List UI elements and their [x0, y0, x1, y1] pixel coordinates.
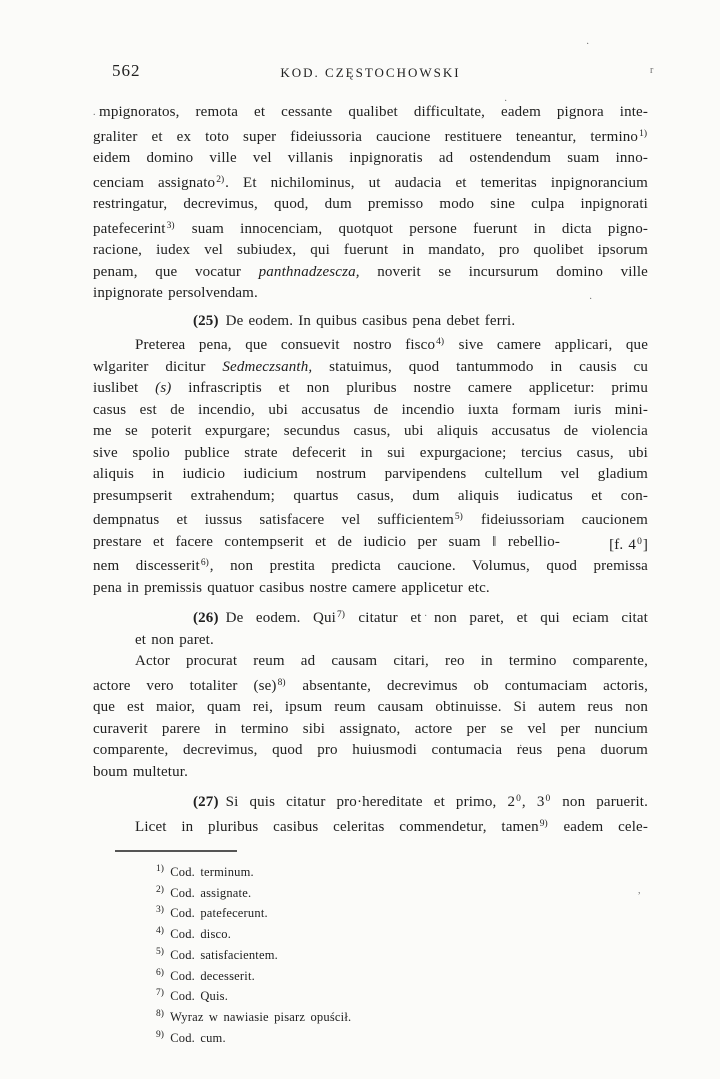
text-line: inpignorate persolvendam. [93, 283, 648, 305]
text-line: que est maior, quam rei, ipsum reum caus… [93, 697, 648, 719]
text-segment: eidem domino ville vel villanis inpignor… [93, 150, 648, 166]
running-title: KOD. CZĘSTOCHOWSKI [93, 65, 648, 81]
text-segment: et non paret. [135, 632, 214, 648]
footnotes: 1) Cod. terminum.2) Cod. assignate.3) Co… [93, 861, 648, 1047]
text-line: comparente, decrevimus, quod pro huiusmo… [93, 740, 648, 762]
text-segment: wlgariter dicitur [93, 359, 222, 375]
text-line: 3) Cod. patefecerunt. [93, 902, 648, 923]
text-line: curaverit parere in termino sibi assigna… [93, 719, 648, 741]
text-segment: suam innocenciam, quotquot persone fueru… [176, 221, 648, 237]
text-segment: (26) [193, 610, 226, 626]
footnote-marker: 4) [155, 926, 165, 936]
text-segment: boum multetur. [93, 764, 188, 780]
text-line: presumpserit extrahendum; quartus casus,… [93, 486, 648, 508]
text-line: pena in premissis quatuor casibus nostre… [93, 578, 648, 600]
footnote-marker: 7) [336, 610, 346, 620]
text-segment: fideiussoriam caucionem [464, 512, 648, 528]
text-segment: Cod. satisfacientem. [165, 948, 278, 962]
text-segment: comparente, decrevimus, quod pro huiusmo… [93, 742, 648, 758]
scan-speck: · [424, 612, 427, 622]
text-segment: (s) [155, 380, 171, 396]
footnote-marker: 9) [539, 819, 549, 829]
paragraph: Actor procurat reum ad causam citari, re… [93, 651, 648, 783]
text-segment: Cod. cum. [165, 1031, 226, 1045]
text-line: 1) Cod. terminum. [93, 861, 648, 882]
paragraph: Licet in pluribus casibus celeritas comm… [93, 814, 648, 839]
footnote-separator-rule [115, 850, 237, 852]
text-segment: Si quis citatur pro·hereditate et primo,… [226, 794, 516, 810]
footnote-marker: 2) [215, 175, 225, 185]
footnote-marker: 3) [166, 221, 176, 231]
text-segment: (27) [193, 794, 226, 810]
text-line: patefecerint3) suam innocenciam, quotquo… [93, 216, 648, 241]
footnote-marker: 0 [515, 794, 522, 804]
text-line: me se poterit expurgare; secundus casus,… [93, 421, 648, 443]
text-line: (26)De eodem. Qui7) citatur et non paret… [93, 605, 648, 630]
text-segment: Cod. patefecerunt. [165, 906, 268, 920]
text-segment: mpignoratos, remota et cessante qualibet… [99, 104, 648, 120]
text-line: boum multetur. [93, 762, 648, 784]
section-heading: (25)De eodem. In quibus casibus pena deb… [93, 311, 648, 333]
text-segment: Actor procurat reum ad causam citari, re… [135, 653, 648, 669]
footnote-marker: 1) [638, 129, 648, 139]
text-segment: absentante, decrevimus ob contumaciam ac… [286, 678, 648, 694]
text-segment: cenciam assignato [93, 175, 215, 191]
folio-marker: [f. 40] [609, 532, 648, 557]
text-segment: De eodem. In quibus casibus pena debet f… [226, 313, 516, 329]
text-segment: iuslibet [93, 380, 155, 396]
text-segment: noverit se incursurum domino ville [360, 264, 648, 280]
text-line: 8) Wyraz w nawiasie pisarz opuścił. [93, 1006, 648, 1027]
text-line: aliquis in iudicio iudicium nostrum parv… [93, 464, 648, 486]
text-line: iuslibet (s) infrascriptis et non plurib… [93, 378, 648, 400]
text-segment: [f. 4 [609, 537, 636, 553]
footnote-marker: 4) [435, 337, 445, 347]
text-segment: Wyraz w nawiasie pisarz opuścił. [165, 1010, 351, 1024]
text-line: restringatur, decrevimus, quod, dum prem… [93, 194, 648, 216]
text-line: wlgariter dicitur Sedmeczsanth, statuimu… [93, 357, 648, 379]
text-segment: pena in premissis quatuor casibus nostre… [93, 580, 490, 596]
text-line: 2) Cod. assignate. [93, 882, 648, 903]
text-line: (25)De eodem. In quibus casibus pena deb… [93, 311, 648, 333]
text-segment: Sedmeczsanth, [222, 359, 312, 375]
text-segment: panthnadzescza, [259, 264, 360, 280]
footnote-marker: 3) [155, 905, 165, 915]
text-segment: . Et nichilominus, ut audacia et temerit… [225, 175, 648, 191]
text-line: Actor procurat reum ad causam citari, re… [93, 651, 648, 673]
text-line: actore vero totaliter (se)8) absentante,… [93, 673, 648, 698]
text-segment: ] [643, 537, 648, 553]
text-line: Licet in pluribus casibus celeritas comm… [93, 814, 648, 839]
text-line: mpignoratos, remota et cessante qualibet… [93, 102, 648, 124]
text-line: 9) Cod. cum. [93, 1027, 648, 1048]
text-segment: Cod. Quis. [165, 989, 228, 1003]
footnote-marker: 6) [200, 558, 210, 568]
footnote-marker: 8) [155, 1009, 165, 1019]
footnote-marker: 9) [155, 1030, 165, 1040]
section-heading: (27)Si quis citatur pro·hereditate et pr… [93, 789, 648, 814]
text-line: casus est de incendio, ubi accusatus de … [93, 400, 648, 422]
text-segment: casus est de incendio, ubi accusatus de … [93, 402, 648, 418]
text-segment: aliquis in iudicio iudicium nostrum parv… [93, 466, 648, 482]
footnote-marker: 5) [155, 947, 165, 957]
text-segment: presumpserit extrahendum; quartus casus,… [93, 488, 648, 504]
text-segment: curaverit parere in termino sibi assigna… [93, 721, 648, 737]
text-segment: non paruerit. [551, 794, 648, 810]
scan-speck: r [650, 66, 653, 76]
text-segment: restringatur, decrevimus, quod, dum prem… [93, 196, 648, 212]
footnote-marker: 7) [155, 988, 165, 998]
text-line: Preterea pena, que consuevit nostro fisc… [93, 332, 648, 357]
text-line: dempnatus et iussus satisfacere vel suff… [93, 507, 648, 532]
scan-speck: · [589, 295, 592, 305]
text-line: 6) Cod. decesserit. [93, 965, 648, 986]
text-segment: Cod. terminum. [165, 865, 254, 879]
text-segment: penam, que vocatur [93, 264, 259, 280]
text-line: cenciam assignato2). Et nichilominus, ut… [93, 170, 648, 195]
text-segment: Cod. disco. [165, 927, 231, 941]
text-line: eidem domino ville vel villanis inpignor… [93, 148, 648, 170]
text-segment: eadem cele- [549, 819, 648, 835]
text-segment: sive spolio publice strate defecerit in … [93, 445, 648, 461]
text-line: racione, iudex vel subiudex, qui fuerunt… [93, 240, 648, 262]
text-segment: Licet in pluribus casibus celeritas comm… [135, 819, 539, 835]
page-body-text: mpignoratos, remota et cessante qualibet… [93, 102, 648, 1047]
text-line: 4) Cod. disco. [93, 923, 648, 944]
scan-speck: · [504, 97, 507, 107]
footnote-marker: 0 [636, 537, 643, 547]
footnote-marker: 1) [155, 864, 165, 874]
text-segment: me se poterit expurgare; secundus casus,… [93, 423, 648, 439]
footnote-marker: 2) [155, 885, 165, 895]
text-segment: Cod. decesserit. [165, 969, 255, 983]
footnote-marker: 8) [277, 678, 287, 688]
text-segment: graliter et ex toto super fideiussoria c… [93, 129, 638, 145]
text-line: sive spolio publice strate defecerit in … [93, 443, 648, 465]
scan-speck: · [586, 40, 589, 50]
text-line: (27)Si quis citatur pro·hereditate et pr… [93, 789, 648, 814]
section-heading: (26)De eodem. Qui7) citatur et non paret… [93, 605, 648, 651]
text-segment: De eodem. Qui [226, 610, 336, 626]
text-segment: inpignorate persolvendam. [93, 285, 258, 301]
text-line: nem discesserit6), non prestita predicta… [93, 553, 648, 578]
text-line: prestare et facere contempserit et de iu… [93, 532, 648, 554]
text-segment: , non prestita predicta caucione. Volumu… [210, 558, 648, 574]
text-segment: Preterea pena, que consuevit nostro fisc… [135, 337, 435, 353]
text-segment: prestare et facere contempserit et de iu… [93, 534, 560, 550]
scan-speck: . [93, 108, 96, 118]
text-segment: citatur et non paret, et qui eciam citat [346, 610, 648, 626]
text-segment: Cod. assignate. [165, 886, 251, 900]
footnote-marker: 6) [155, 968, 165, 978]
scan-speck: · [519, 742, 522, 752]
text-segment: , 3 [522, 794, 545, 810]
text-segment: actore vero totaliter (se) [93, 678, 277, 694]
text-segment: dempnatus et iussus satisfacere vel suff… [93, 512, 454, 528]
scan-speck: , [638, 886, 641, 896]
paragraph: mpignoratos, remota et cessante qualibet… [93, 102, 648, 305]
text-segment: statuimus, quod tantummodo in causis cu [312, 359, 648, 375]
text-line: et non paret. [93, 630, 648, 652]
text-segment: infrascriptis et non pluribus nostre cam… [171, 380, 648, 396]
text-line-main: prestare et facere contempserit et de iu… [93, 532, 560, 554]
text-line: graliter et ex toto super fideiussoria c… [93, 124, 648, 149]
footnote-marker: 5) [454, 512, 464, 522]
text-segment: sive camere applicari, que [445, 337, 648, 353]
text-segment: nem discesserit [93, 558, 200, 574]
scanned-book-page: 562 KOD. CZĘSTOCHOWSKI mpignoratos, remo… [0, 0, 720, 1079]
text-line: 7) Cod. Quis. [93, 985, 648, 1006]
text-segment: patefecerint [93, 221, 166, 237]
text-segment: (25) [193, 313, 226, 329]
paragraph: Preterea pena, que consuevit nostro fisc… [93, 332, 648, 599]
text-segment: que est maior, quam rei, ipsum reum caus… [93, 699, 648, 715]
text-segment: racione, iudex vel subiudex, qui fuerunt… [93, 242, 648, 258]
text-line: penam, que vocatur panthnadzescza, nover… [93, 262, 648, 284]
text-blocks: mpignoratos, remota et cessante qualibet… [93, 102, 648, 838]
text-line: 5) Cod. satisfacientem. [93, 944, 648, 965]
